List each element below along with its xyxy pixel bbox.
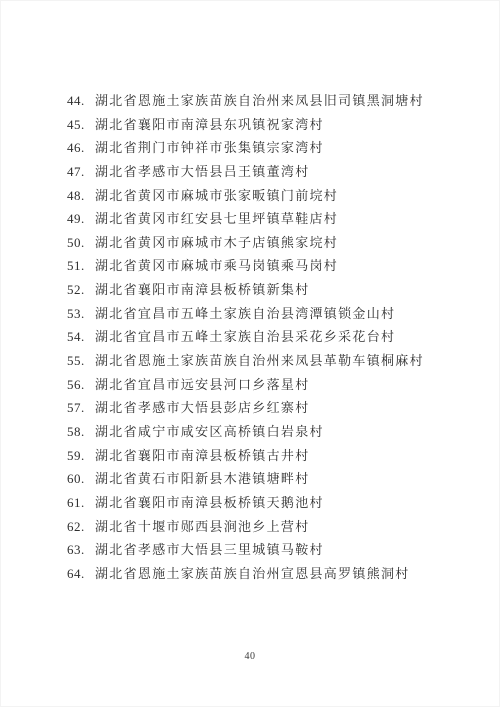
list-item: 51.湖北省黄冈市麻城市乘马岗镇乘马岗村: [67, 254, 470, 278]
item-number: 49.: [67, 207, 95, 231]
list-item: 56.湖北省宜昌市远安县河口乡落星村: [67, 373, 470, 397]
item-text: 湖北省襄阳市南漳县东巩镇祝家湾村: [95, 117, 324, 132]
list-item: 63.湖北省孝感市大悟县三里城镇马鞍村: [67, 538, 470, 562]
item-number: 58.: [67, 420, 95, 444]
item-text: 湖北省十堰市郧西县涧池乡上营村: [95, 519, 310, 534]
item-text: 湖北省襄阳市南漳县板桥镇天鹅池村: [95, 495, 324, 510]
item-number: 56.: [67, 373, 95, 397]
item-text: 湖北省黄冈市麻城市木子店镇熊家垸村: [95, 235, 338, 250]
item-text: 湖北省黄冈市红安县七里坪镇草鞋店村: [95, 211, 338, 226]
item-text: 湖北省荆门市钟祥市张集镇宗家湾村: [95, 140, 324, 155]
item-text: 湖北省恩施土家族苗族自治州宣恩县高罗镇熊洞村: [95, 566, 410, 581]
item-number: 60.: [67, 467, 95, 491]
item-number: 50.: [67, 231, 95, 255]
list-item: 61.湖北省襄阳市南漳县板桥镇天鹅池村: [67, 491, 470, 515]
item-text: 湖北省宜昌市五峰土家族自治县湾潭镇锁金山村: [95, 306, 395, 321]
item-number: 47.: [67, 160, 95, 184]
item-text: 湖北省黄冈市麻城市张家畈镇门前垸村: [95, 188, 338, 203]
list-item: 64.湖北省恩施土家族苗族自治州宣恩县高罗镇熊洞村: [67, 562, 470, 586]
item-text: 湖北省宜昌市五峰土家族自治县采花乡采花台村: [95, 329, 395, 344]
item-number: 61.: [67, 491, 95, 515]
list-item: 62.湖北省十堰市郧西县涧池乡上营村: [67, 515, 470, 539]
item-text: 湖北省孝感市大悟县三里城镇马鞍村: [95, 542, 324, 557]
list-item: 47.湖北省孝感市大悟县吕王镇董湾村: [67, 160, 470, 184]
item-text: 湖北省宜昌市远安县河口乡落星村: [95, 377, 310, 392]
list-item: 55.湖北省恩施土家族苗族自治州来凤县革勒车镇桐麻村: [67, 349, 470, 373]
list-item: 44.湖北省恩施土家族苗族自治州来凤县旧司镇黑洞塘村: [67, 89, 470, 113]
list-item: 57.湖北省孝感市大悟县彭店乡红寨村: [67, 396, 470, 420]
item-text: 湖北省恩施土家族苗族自治州来凤县旧司镇黑洞塘村: [95, 93, 424, 108]
list-item: 53.湖北省宜昌市五峰土家族自治县湾潭镇锁金山村: [67, 302, 470, 326]
village-list: 44.湖北省恩施土家族苗族自治州来凤县旧司镇黑洞塘村 45.湖北省襄阳市南漳县东…: [67, 89, 470, 585]
item-number: 62.: [67, 515, 95, 539]
item-text: 湖北省孝感市大悟县彭店乡红寨村: [95, 400, 310, 415]
list-item: 50.湖北省黄冈市麻城市木子店镇熊家垸村: [67, 231, 470, 255]
item-number: 51.: [67, 254, 95, 278]
list-item: 60.湖北省黄石市阳新县木港镇塘畔村: [67, 467, 470, 491]
list-item: 52.湖北省襄阳市南漳县板桥镇新集村: [67, 278, 470, 302]
item-number: 44.: [67, 89, 95, 113]
item-number: 52.: [67, 278, 95, 302]
list-item: 49.湖北省黄冈市红安县七里坪镇草鞋店村: [67, 207, 470, 231]
list-item: 58.湖北省咸宁市咸安区高桥镇白岩泉村: [67, 420, 470, 444]
page-number: 40: [0, 651, 500, 662]
item-text: 湖北省黄冈市麻城市乘马岗镇乘马岗村: [95, 258, 338, 273]
list-item: 48.湖北省黄冈市麻城市张家畈镇门前垸村: [67, 184, 470, 208]
item-text: 湖北省孝感市大悟县吕王镇董湾村: [95, 164, 310, 179]
list-item: 59.湖北省襄阳市南漳县板桥镇古井村: [67, 444, 470, 468]
item-number: 45.: [67, 113, 95, 137]
item-number: 46.: [67, 136, 95, 160]
item-number: 53.: [67, 302, 95, 326]
item-number: 55.: [67, 349, 95, 373]
list-item: 54.湖北省宜昌市五峰土家族自治县采花乡采花台村: [67, 325, 470, 349]
item-text: 湖北省咸宁市咸安区高桥镇白岩泉村: [95, 424, 324, 439]
item-text: 湖北省恩施土家族苗族自治州来凤县革勒车镇桐麻村: [95, 353, 424, 368]
item-number: 59.: [67, 444, 95, 468]
list-item: 46.湖北省荆门市钟祥市张集镇宗家湾村: [67, 136, 470, 160]
list-item: 45.湖北省襄阳市南漳县东巩镇祝家湾村: [67, 113, 470, 137]
item-text: 湖北省黄石市阳新县木港镇塘畔村: [95, 471, 310, 486]
item-number: 57.: [67, 396, 95, 420]
item-number: 54.: [67, 325, 95, 349]
item-text: 湖北省襄阳市南漳县板桥镇新集村: [95, 282, 310, 297]
item-number: 63.: [67, 538, 95, 562]
document-page: 44.湖北省恩施土家族苗族自治州来凤县旧司镇黑洞塘村 45.湖北省襄阳市南漳县东…: [0, 0, 500, 707]
item-text: 湖北省襄阳市南漳县板桥镇古井村: [95, 448, 310, 463]
item-number: 48.: [67, 184, 95, 208]
item-number: 64.: [67, 562, 95, 586]
